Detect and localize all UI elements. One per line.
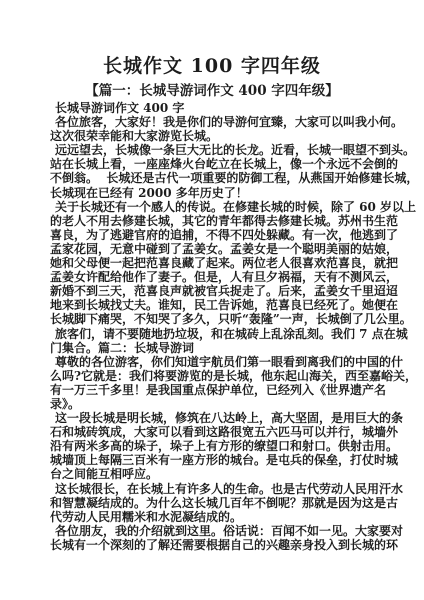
text-line: 远远望去，长城像一条巨大无比的长龙。近看，长城一眼望不到头。 (50, 143, 390, 157)
text-line: 孟姜女许配给他作了妻子。但是，人有旦夕祸福，天有不测风云， (50, 270, 390, 284)
text-line: 这次很荣幸能和大家游览长城。 (50, 129, 390, 143)
text-line: 长城有一个深刻的了解还需要根据自己的兴趣亲身投入到长城的环 (50, 538, 390, 552)
text-line: 长城现在已经有 2000 多年历史了！ (50, 186, 390, 200)
document-title: 长城作文 100 字四年级 (0, 51, 424, 78)
text-line: 她和父母便一起把范喜良藏了起来。两位老人很喜欢范喜良，就把 (50, 256, 390, 270)
text-line: 关于长城还有一个感人的传说。在修建长城的时候，除了 60 岁以上 (50, 200, 390, 214)
text-line: 和智慧凝结成的。为什么这长城几百年不倒呢？那就是因为这是古 (50, 496, 390, 510)
text-line: 喜良，为了逃避官府的追捕，不得不四处躲藏。有一次，他逃到了 (50, 228, 390, 242)
text-line: 录》。 (50, 397, 390, 411)
document-body: 长城导游词作文 400 字各位旅客，大家好！我是你们的导游何宜臻，大家可以叫我小… (50, 101, 390, 552)
text-line: 沿有两米多高的垛子，垛子上有方形的缭望口和射口。供射击用。 (50, 439, 390, 453)
text-line: 各位朋友，我的介绍就到这里。俗话说：百闻不如一见。大家要对 (50, 524, 390, 538)
text-line: 门集合。篇二：长城导游词 (50, 341, 390, 355)
text-line: 这长城很长，在长城上有许多人的生命。也是古代劳动人民用汗水 (50, 482, 390, 496)
text-line: 新婚不到三天，范喜良声就被官兵捉走了。后来，孟姜女千里迢迢 (50, 284, 390, 298)
text-line: 孟家花园，无意中碰到了孟姜女。孟姜女是一个聪明美丽的姑娘， (50, 242, 390, 256)
text-line: 尊敬的各位游客，你们知道宇航员们第一眼看到离我们的中国的什 (50, 355, 390, 369)
document-page: 长城作文 100 字四年级 【篇一：长城导游词作文 400 字四年级】 长城导游… (0, 0, 424, 600)
text-line: 代劳动人民用糯米和水泥凝结成的。 (50, 510, 390, 524)
text-line: 的老人不用去修建长城，其它的青年都得去修建长城。苏州书生范 (50, 214, 390, 228)
text-line: 这一段长城是明长城，修筑在八达岭上，高大坚固，是用巨大的条 (50, 411, 390, 425)
section-heading: 【篇一：长城导游词作文 400 字四年级】 (0, 79, 424, 99)
text-line: 长城导游词作文 400 字 (50, 101, 390, 115)
text-line: 有一万三千多里！是我国重点保护单位，已经列入《世界遗产名 (50, 383, 390, 397)
text-line: 地来到长城找丈夫。谁知，民工告诉她，范喜良已经死了。她便在 (50, 298, 390, 312)
text-line: 长城脚下痛哭，不知哭了多久，只听“轰隆”一声，长城倒了几公里。 (50, 312, 390, 326)
text-line: 城墙顶上每隔三百米有一座方形的城台。是屯兵的保垒，打仗时城 (50, 453, 390, 467)
text-line: 不倒翁。 长城还是古代一项重要的防御工程，从燕国开始修建长城， (50, 171, 390, 185)
text-line: 石和城砖筑成，大家可以看到这路很宽五六匹马可以并行，城墙外 (50, 425, 390, 439)
text-line: 台之间能互相呼应。 (50, 467, 390, 481)
text-line: 旅客们，请不要随地扔垃圾，和在城砖上乱涂乱刻。我们 7 点在城 (50, 327, 390, 341)
text-line: 么吗?它就是：我们将要游览的是长城，他东起山海关，西至嘉峪关， (50, 369, 390, 383)
text-line: 站在长城上看，一座座烽火台屹立在长城上，像一个永远不会倒的 (50, 157, 390, 171)
text-line: 各位旅客，大家好！我是你们的导游何宜臻，大家可以叫我小何。 (50, 115, 390, 129)
